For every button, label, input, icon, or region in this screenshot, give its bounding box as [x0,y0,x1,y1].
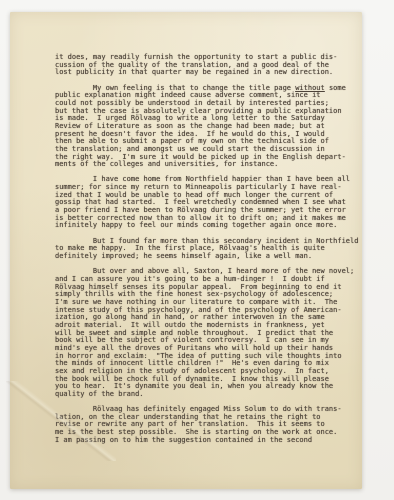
paragraph: My own feeling is that to change the tit… [55,85,355,169]
paragraph: it does, may readily furnish the opportu… [55,54,355,77]
typed-line: lost publicity in that quarter may be re… [55,69,355,77]
typed-line: infinitely happy to feel our minds comin… [55,222,355,230]
paragraph: But over and above all, Saxton, I heard … [55,268,355,398]
letter-body: it does, may readily furnish the opportu… [55,54,355,444]
paragraph: But I found far more than this secondary… [55,238,355,261]
paragraph: Rölvaag has definitely engaged Miss Solu… [55,406,355,444]
typed-line: definitely improved; he seems himself ag… [55,253,355,261]
paragraph: I have come home from Northfield happier… [55,176,355,230]
scan-background: it does, may readily furnish the opportu… [0,0,394,500]
typed-line: quality of the brand. [55,391,355,399]
typed-line: I am passing on to him the suggestion co… [55,437,355,445]
typed-line: ments of the colleges and universities, … [55,161,355,169]
letter-page: it does, may readily furnish the opportu… [10,12,362,489]
